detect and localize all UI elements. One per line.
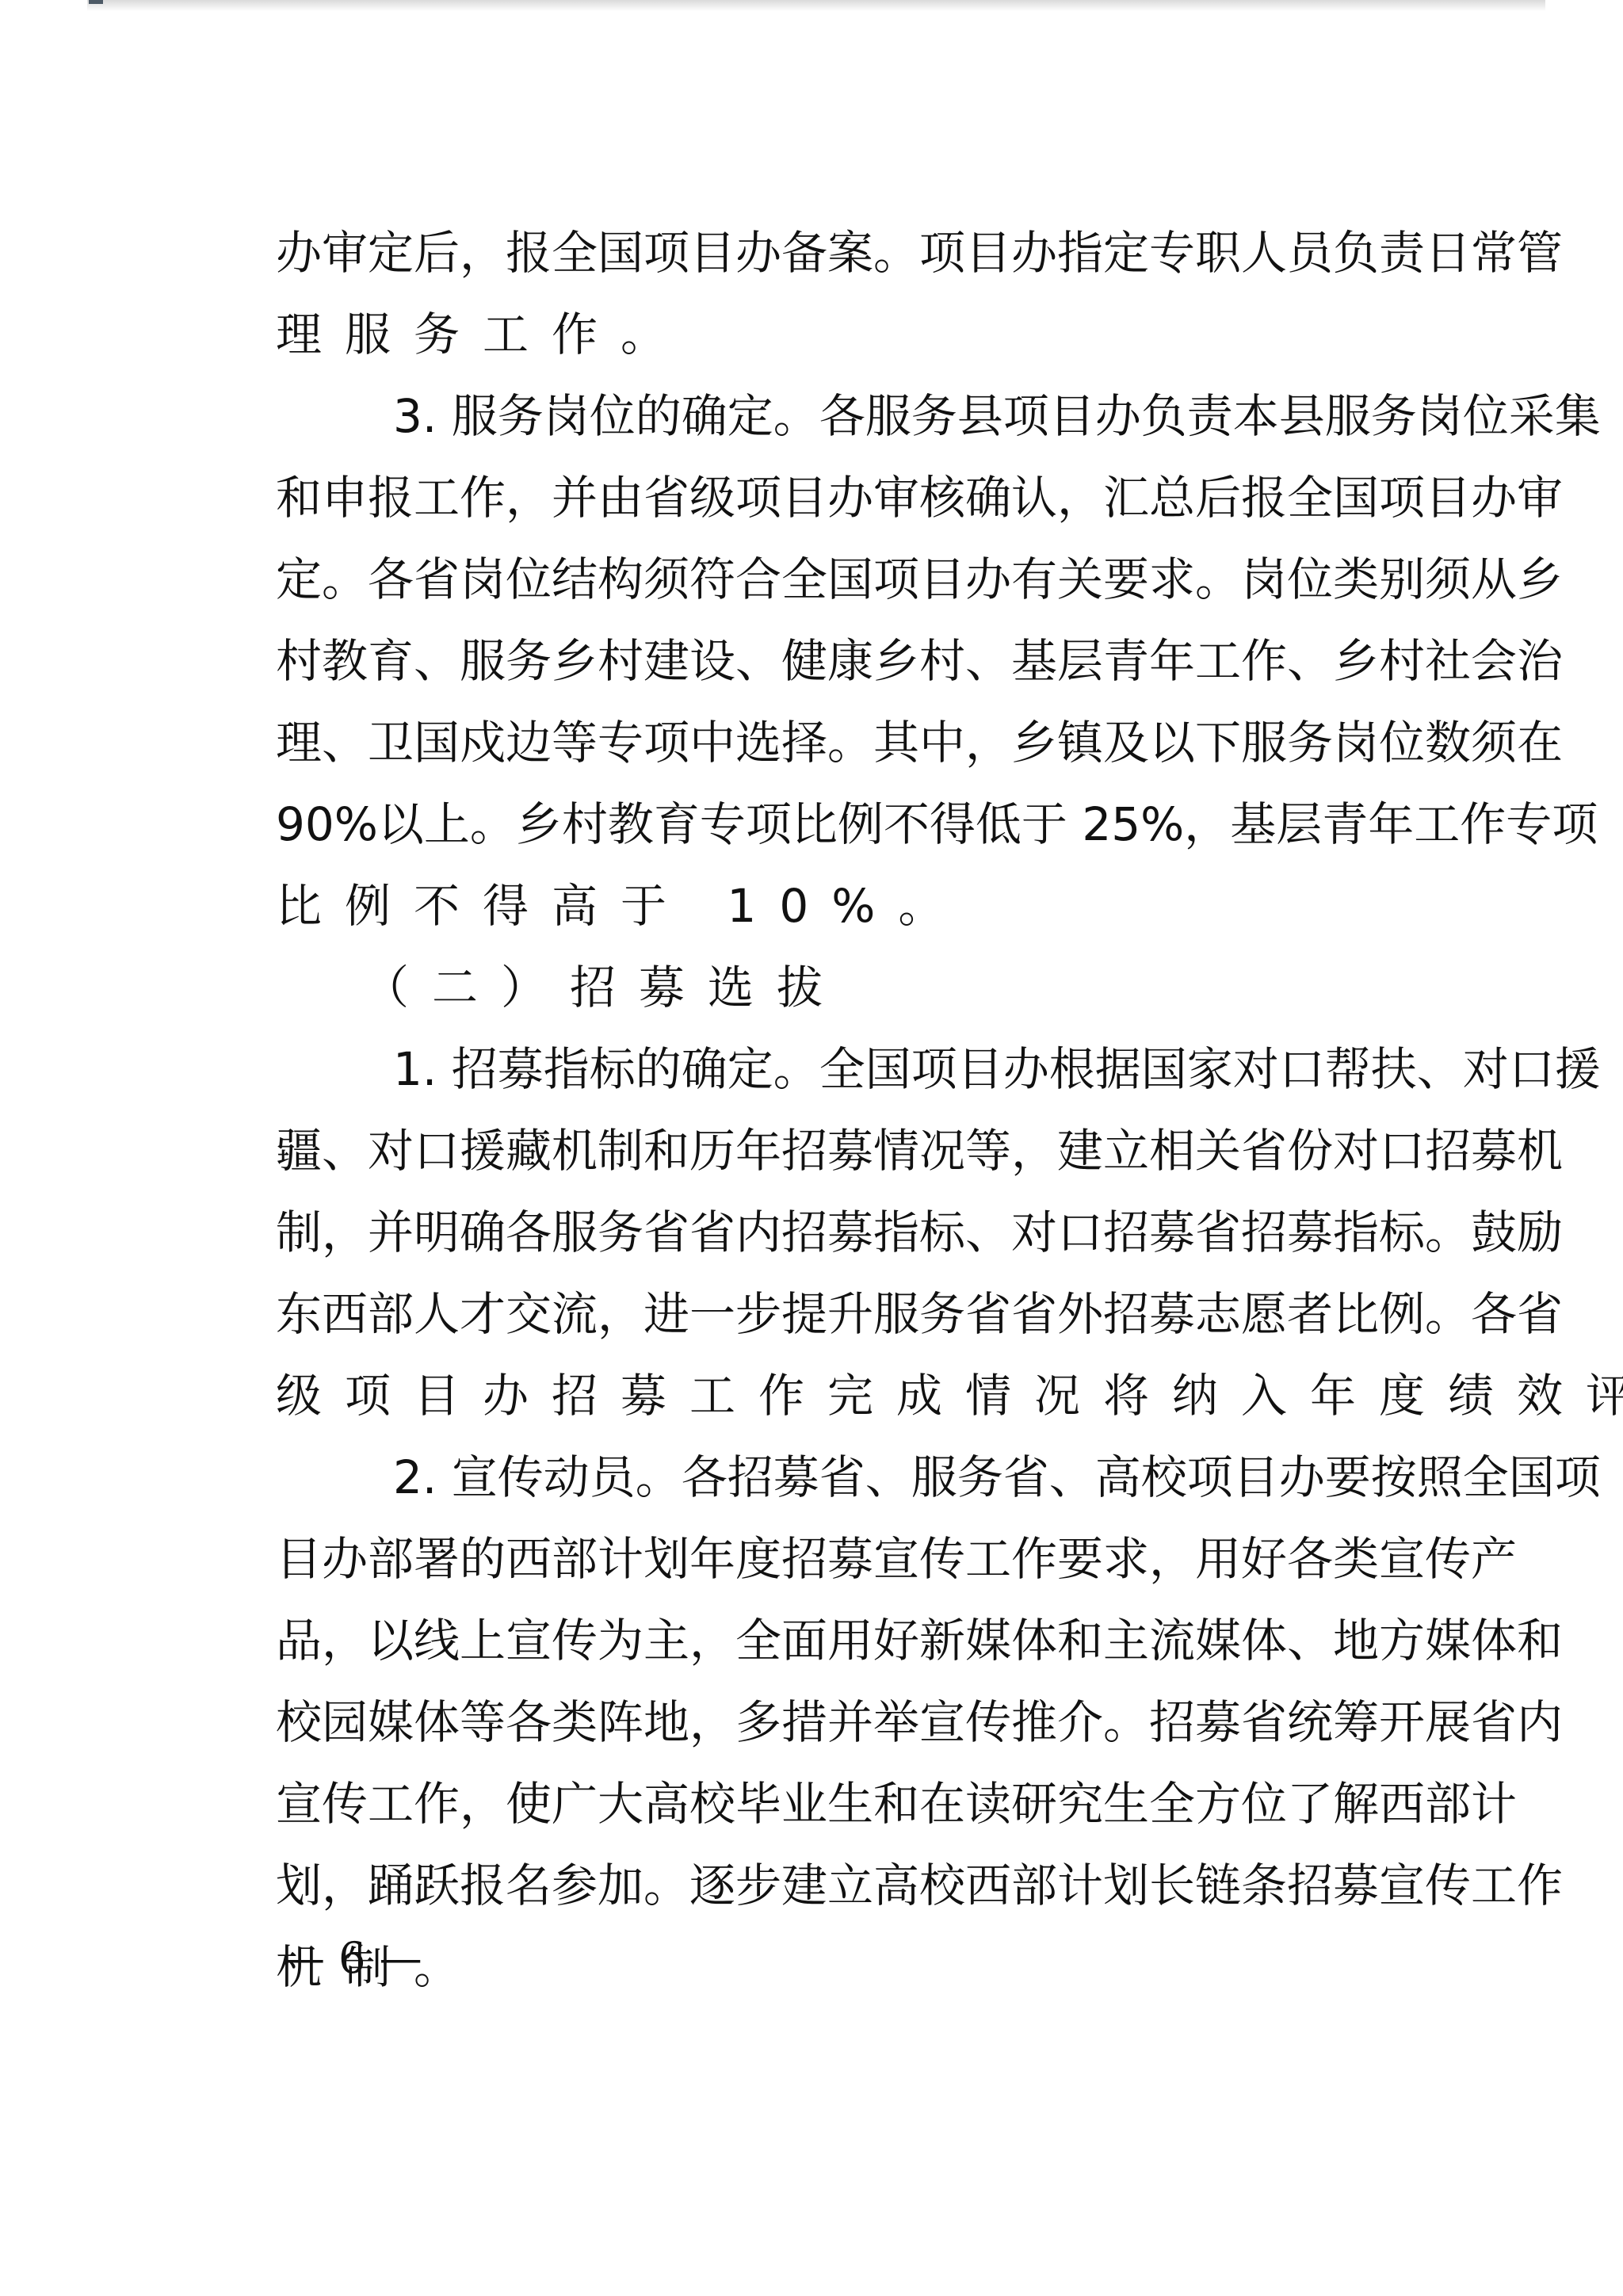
text-line: 东西部人才交流，进一步提升服务省省外招募志愿者比例。各省 [276, 1274, 1387, 1355]
text-line: 级项目办招募工作完成情况将纳入年度绩效评价。 [276, 1355, 1387, 1437]
page-number: — 6 — [282, 1927, 422, 1990]
section-heading: （二）招募选拔 [276, 947, 1387, 1029]
text-line: 比例不得高于 10%。 [276, 865, 1387, 947]
text-line: 目办部署的西部计划年度招募宣传工作要求，用好各类宣传产 [276, 1519, 1387, 1600]
text-line: 划，踊跃报名参加。逐步建立高校西部计划长链条招募宣传工作 [276, 1845, 1387, 1927]
text-line: 3. 服务岗位的确定。各服务县项目办负责本县服务岗位采集 [276, 376, 1387, 457]
text-line: 疆、对口援藏机制和历年招募情况等，建立相关省份对口招募机 [276, 1110, 1387, 1192]
paragraph-publicity: 2. 宣传动员。各招募省、服务省、高校项目办要按照全国项 目办部署的西部计划年度… [276, 1437, 1387, 2008]
text-line: 村教育、服务乡村建设、健康乡村、基层青年工作、乡村社会治 [276, 621, 1387, 702]
text-line: 2. 宣传动员。各招募省、服务省、高校项目办要按照全国项 [276, 1437, 1387, 1519]
section-heading-recruitment: （二）招募选拔 [276, 947, 1387, 1029]
text-line: 制，并明确各服务省省内招募指标、对口招募省招募指标。鼓励 [276, 1192, 1387, 1274]
text-line: 办审定后，报全国项目办备案。项目办指定专职人员负责日常管 [276, 212, 1387, 294]
text-line: 校园媒体等各类阵地，多措并举宣传推介。招募省统筹开展省内 [276, 1682, 1387, 1763]
paragraph-continuation: 办审定后，报全国项目办备案。项目办指定专职人员负责日常管 理服务工作。 [276, 212, 1387, 376]
scan-edge-artifact [87, 0, 1545, 11]
text-line: 90%以上。乡村教育专项比例不得低于 25%，基层青年工作专项 [276, 784, 1387, 865]
paragraph-recruitment-quota: 1. 招募指标的确定。全国项目办根据国家对口帮扶、对口援 疆、对口援藏机制和历年… [276, 1029, 1387, 1437]
text-line: 品，以线上宣传为主，全面用好新媒体和主流媒体、地方媒体和 [276, 1600, 1387, 1682]
paragraph-service-positions: 3. 服务岗位的确定。各服务县项目办负责本县服务岗位采集 和申报工作，并由省级项… [276, 376, 1387, 947]
text-line: 定。各省岗位结构须符合全国项目办有关要求。岗位类别须从乡 [276, 539, 1387, 621]
text-line: 机制。 [276, 1927, 1387, 2008]
text-line: 理服务工作。 [276, 294, 1387, 376]
document-body: 办审定后，报全国项目办备案。项目办指定专职人员负责日常管 理服务工作。 3. 服… [276, 212, 1387, 2008]
text-line: 和申报工作，并由省级项目办审核确认，汇总后报全国项目办审 [276, 457, 1387, 539]
text-line: 宣传工作，使广大高校毕业生和在读研究生全方位了解西部计 [276, 1763, 1387, 1845]
text-line: 理、卫国戍边等专项中选择。其中，乡镇及以下服务岗位数须在 [276, 702, 1387, 784]
scan-edge-mark [89, 0, 103, 4]
text-line: 1. 招募指标的确定。全国项目办根据国家对口帮扶、对口援 [276, 1029, 1387, 1110]
